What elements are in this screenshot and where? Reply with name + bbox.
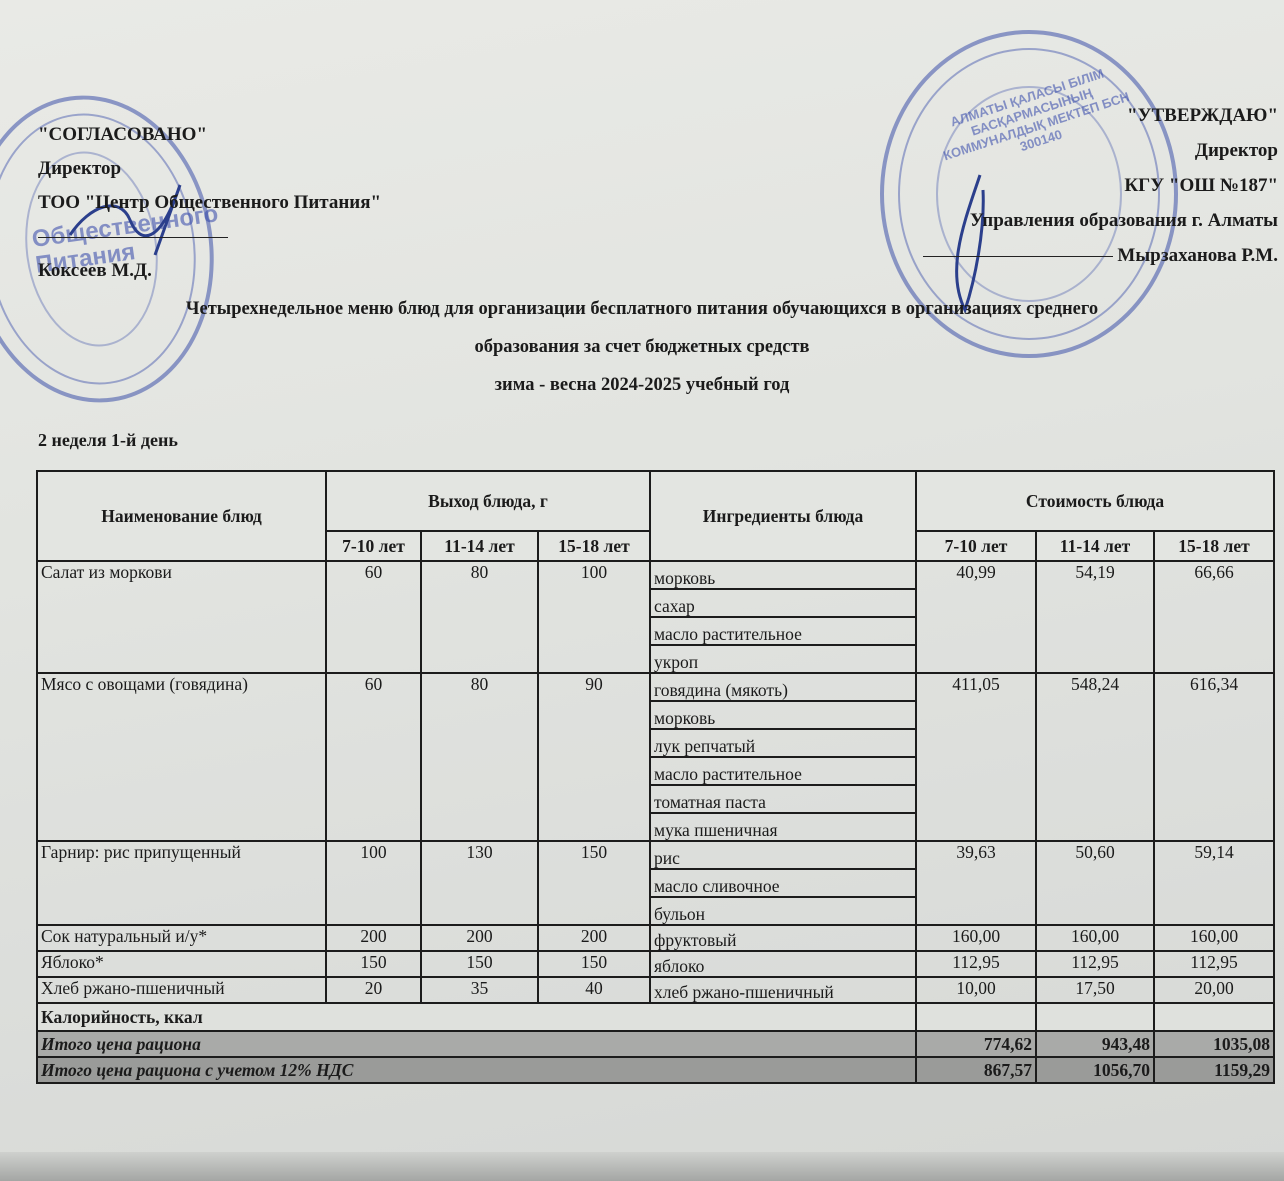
header-dish-name: Наименование блюд [37, 471, 326, 561]
dish-cost: 59,14 [1154, 841, 1274, 925]
dish-cost: 54,19 [1036, 561, 1154, 673]
total-vat-row: Итого цена рациона с учетом 12% НДС 867,… [37, 1057, 1274, 1083]
dish-cost: 411,05 [916, 673, 1036, 841]
dish-yield: 100 [538, 561, 650, 673]
total-vat-value-15-18: 1159,29 [1154, 1057, 1274, 1083]
approval-approved-block: "УТВЕРЖДАЮ" Директор КГУ "ОШ №187" Управ… [923, 98, 1278, 273]
header-cost-age-7-10: 7-10 лет [916, 531, 1036, 561]
dish-yield: 40 [538, 977, 650, 1003]
dish-name: Хлеб ржано-пшеничный [37, 977, 326, 1003]
approval-agreed-organization: ТОО "Центр Общественного Питания" [38, 186, 381, 220]
ingredient: сахар [650, 589, 916, 617]
dish-yield: 150 [326, 951, 421, 977]
total-vat-label: Итого цена рациона с учетом 12% НДС [37, 1057, 916, 1083]
dish-yield: 20 [326, 977, 421, 1003]
dish-yield: 60 [326, 561, 421, 673]
dish-name: Салат из моркови [37, 561, 326, 673]
dish-cost: 40,99 [916, 561, 1036, 673]
approval-approved-signatory: Мырзаханова Р.М. [1117, 245, 1278, 266]
header-cost-age-15-18: 15-18 лет [1154, 531, 1274, 561]
menu-table: Наименование блюд Выход блюда, г Ингреди… [36, 470, 1275, 1084]
menu-table-body: Салат из моркови6080100морковь40,9954,19… [37, 561, 1274, 1003]
header-yield: Выход блюда, г [326, 471, 650, 531]
approval-agreed-position: Директор [38, 152, 381, 186]
dish-yield: 130 [421, 841, 538, 925]
dish-cost: 66,66 [1154, 561, 1274, 673]
dish-name: Сок натуральный и/у* [37, 925, 326, 951]
ingredient: морковь [650, 701, 916, 729]
total-vat-value-11-14: 1056,70 [1036, 1057, 1154, 1083]
ingredient: лук репчатый [650, 729, 916, 757]
ingredient: рис [650, 841, 916, 869]
dish-cost: 160,00 [916, 925, 1036, 951]
dish-cost: 39,63 [916, 841, 1036, 925]
dish-cost: 10,00 [916, 977, 1036, 1003]
ingredient: фруктовый [650, 925, 916, 951]
dish-cost: 17,50 [1036, 977, 1154, 1003]
dish-cost: 548,24 [1036, 673, 1154, 841]
header-ingredients: Ингредиенты блюда [650, 471, 916, 561]
ingredient: яблоко [650, 951, 916, 977]
week-day-label: 2 неделя 1-й день [38, 430, 178, 451]
dish-yield: 200 [538, 925, 650, 951]
ingredient: томатная паста [650, 785, 916, 813]
menu-document: Общественного Питания АЛМАТЫ ҚАЛАСЫ БІЛІ… [0, 0, 1284, 1181]
ingredient: хлеб ржано-пшеничный [650, 977, 916, 1003]
ingredient: масло сливочное [650, 869, 916, 897]
dish-yield: 100 [326, 841, 421, 925]
total-value-11-14: 943,48 [1036, 1031, 1154, 1057]
document-title: Четырехнедельное меню блюд для организац… [0, 290, 1284, 404]
ingredient: мука пшеничная [650, 813, 916, 841]
table-row: Салат из моркови6080100морковь40,9954,19… [37, 561, 1274, 589]
header-cost-age-11-14: 11-14 лет [1036, 531, 1154, 561]
dish-yield: 60 [326, 673, 421, 841]
total-row: Итого цена рациона 774,62 943,48 1035,08 [37, 1031, 1274, 1057]
dish-cost: 112,95 [916, 951, 1036, 977]
dish-yield: 150 [538, 841, 650, 925]
dish-cost: 616,34 [1154, 673, 1274, 841]
total-value-15-18: 1035,08 [1154, 1031, 1274, 1057]
approval-agreed-block: "СОГЛАСОВАНО" Директор ТОО "Центр Общест… [38, 118, 381, 288]
dish-yield: 150 [538, 951, 650, 977]
total-vat-value-7-10: 867,57 [916, 1057, 1036, 1083]
dish-yield: 35 [421, 977, 538, 1003]
header-yield-age-11-14: 11-14 лет [421, 531, 538, 561]
approval-agreed-signature-line [38, 220, 381, 254]
calories-value-11-14 [1036, 1003, 1154, 1031]
approval-approved-organization: КГУ "ОШ №187" [923, 168, 1278, 203]
table-row: Сок натуральный и/у*200200200фруктовый16… [37, 925, 1274, 951]
dish-cost: 160,00 [1036, 925, 1154, 951]
total-label: Итого цена рациона [37, 1031, 916, 1057]
dish-yield: 200 [421, 925, 538, 951]
dish-cost: 112,95 [1154, 951, 1274, 977]
title-line-2: образования за счет бюджетных средств [0, 328, 1284, 366]
ingredient: масло растительное [650, 617, 916, 645]
page-bottom-edge [0, 1152, 1284, 1181]
calories-row: Калорийность, ккал [37, 1003, 1274, 1031]
calories-label: Калорийность, ккал [37, 1003, 916, 1031]
dish-yield: 90 [538, 673, 650, 841]
calories-value-15-18 [1154, 1003, 1274, 1031]
dish-cost: 160,00 [1154, 925, 1274, 951]
approval-approved-heading: "УТВЕРЖДАЮ" [923, 98, 1278, 133]
approval-approved-signatory-row: Мырзаханова Р.М. [923, 238, 1278, 273]
dish-cost: 20,00 [1154, 977, 1274, 1003]
total-value-7-10: 774,62 [916, 1031, 1036, 1057]
calories-value-7-10 [916, 1003, 1036, 1031]
ingredient: морковь [650, 561, 916, 589]
dish-yield: 80 [421, 673, 538, 841]
dish-yield: 150 [421, 951, 538, 977]
approval-approved-position: Директор [923, 133, 1278, 168]
approval-agreed-heading: "СОГЛАСОВАНО" [38, 118, 381, 152]
header-yield-age-7-10: 7-10 лет [326, 531, 421, 561]
approval-approved-department: Управления образования г. Алматы [923, 203, 1278, 238]
ingredient: масло растительное [650, 757, 916, 785]
table-row: Гарнир: рис припущенный100130150рис39,63… [37, 841, 1274, 869]
table-row: Мясо с овощами (говядина)608090говядина … [37, 673, 1274, 701]
title-line-3: зима - весна 2024-2025 учебный год [0, 366, 1284, 404]
dish-yield: 200 [326, 925, 421, 951]
dish-name: Гарнир: рис припущенный [37, 841, 326, 925]
dish-cost: 50,60 [1036, 841, 1154, 925]
table-row: Хлеб ржано-пшеничный203540хлеб ржано-пше… [37, 977, 1274, 1003]
approval-agreed-signatory: Коксеев М.Д. [38, 254, 381, 288]
table-row: Яблоко*150150150яблоко112,95112,95112,95 [37, 951, 1274, 977]
ingredient: укроп [650, 645, 916, 673]
header-cost: Стоимость блюда [916, 471, 1274, 531]
dish-yield: 80 [421, 561, 538, 673]
ingredient: говядина (мякоть) [650, 673, 916, 701]
dish-name: Яблоко* [37, 951, 326, 977]
dish-cost: 112,95 [1036, 951, 1154, 977]
header-yield-age-15-18: 15-18 лет [538, 531, 650, 561]
dish-name: Мясо с овощами (говядина) [37, 673, 326, 841]
ingredient: бульон [650, 897, 916, 925]
title-line-1: Четырехнедельное меню блюд для организац… [0, 290, 1284, 328]
